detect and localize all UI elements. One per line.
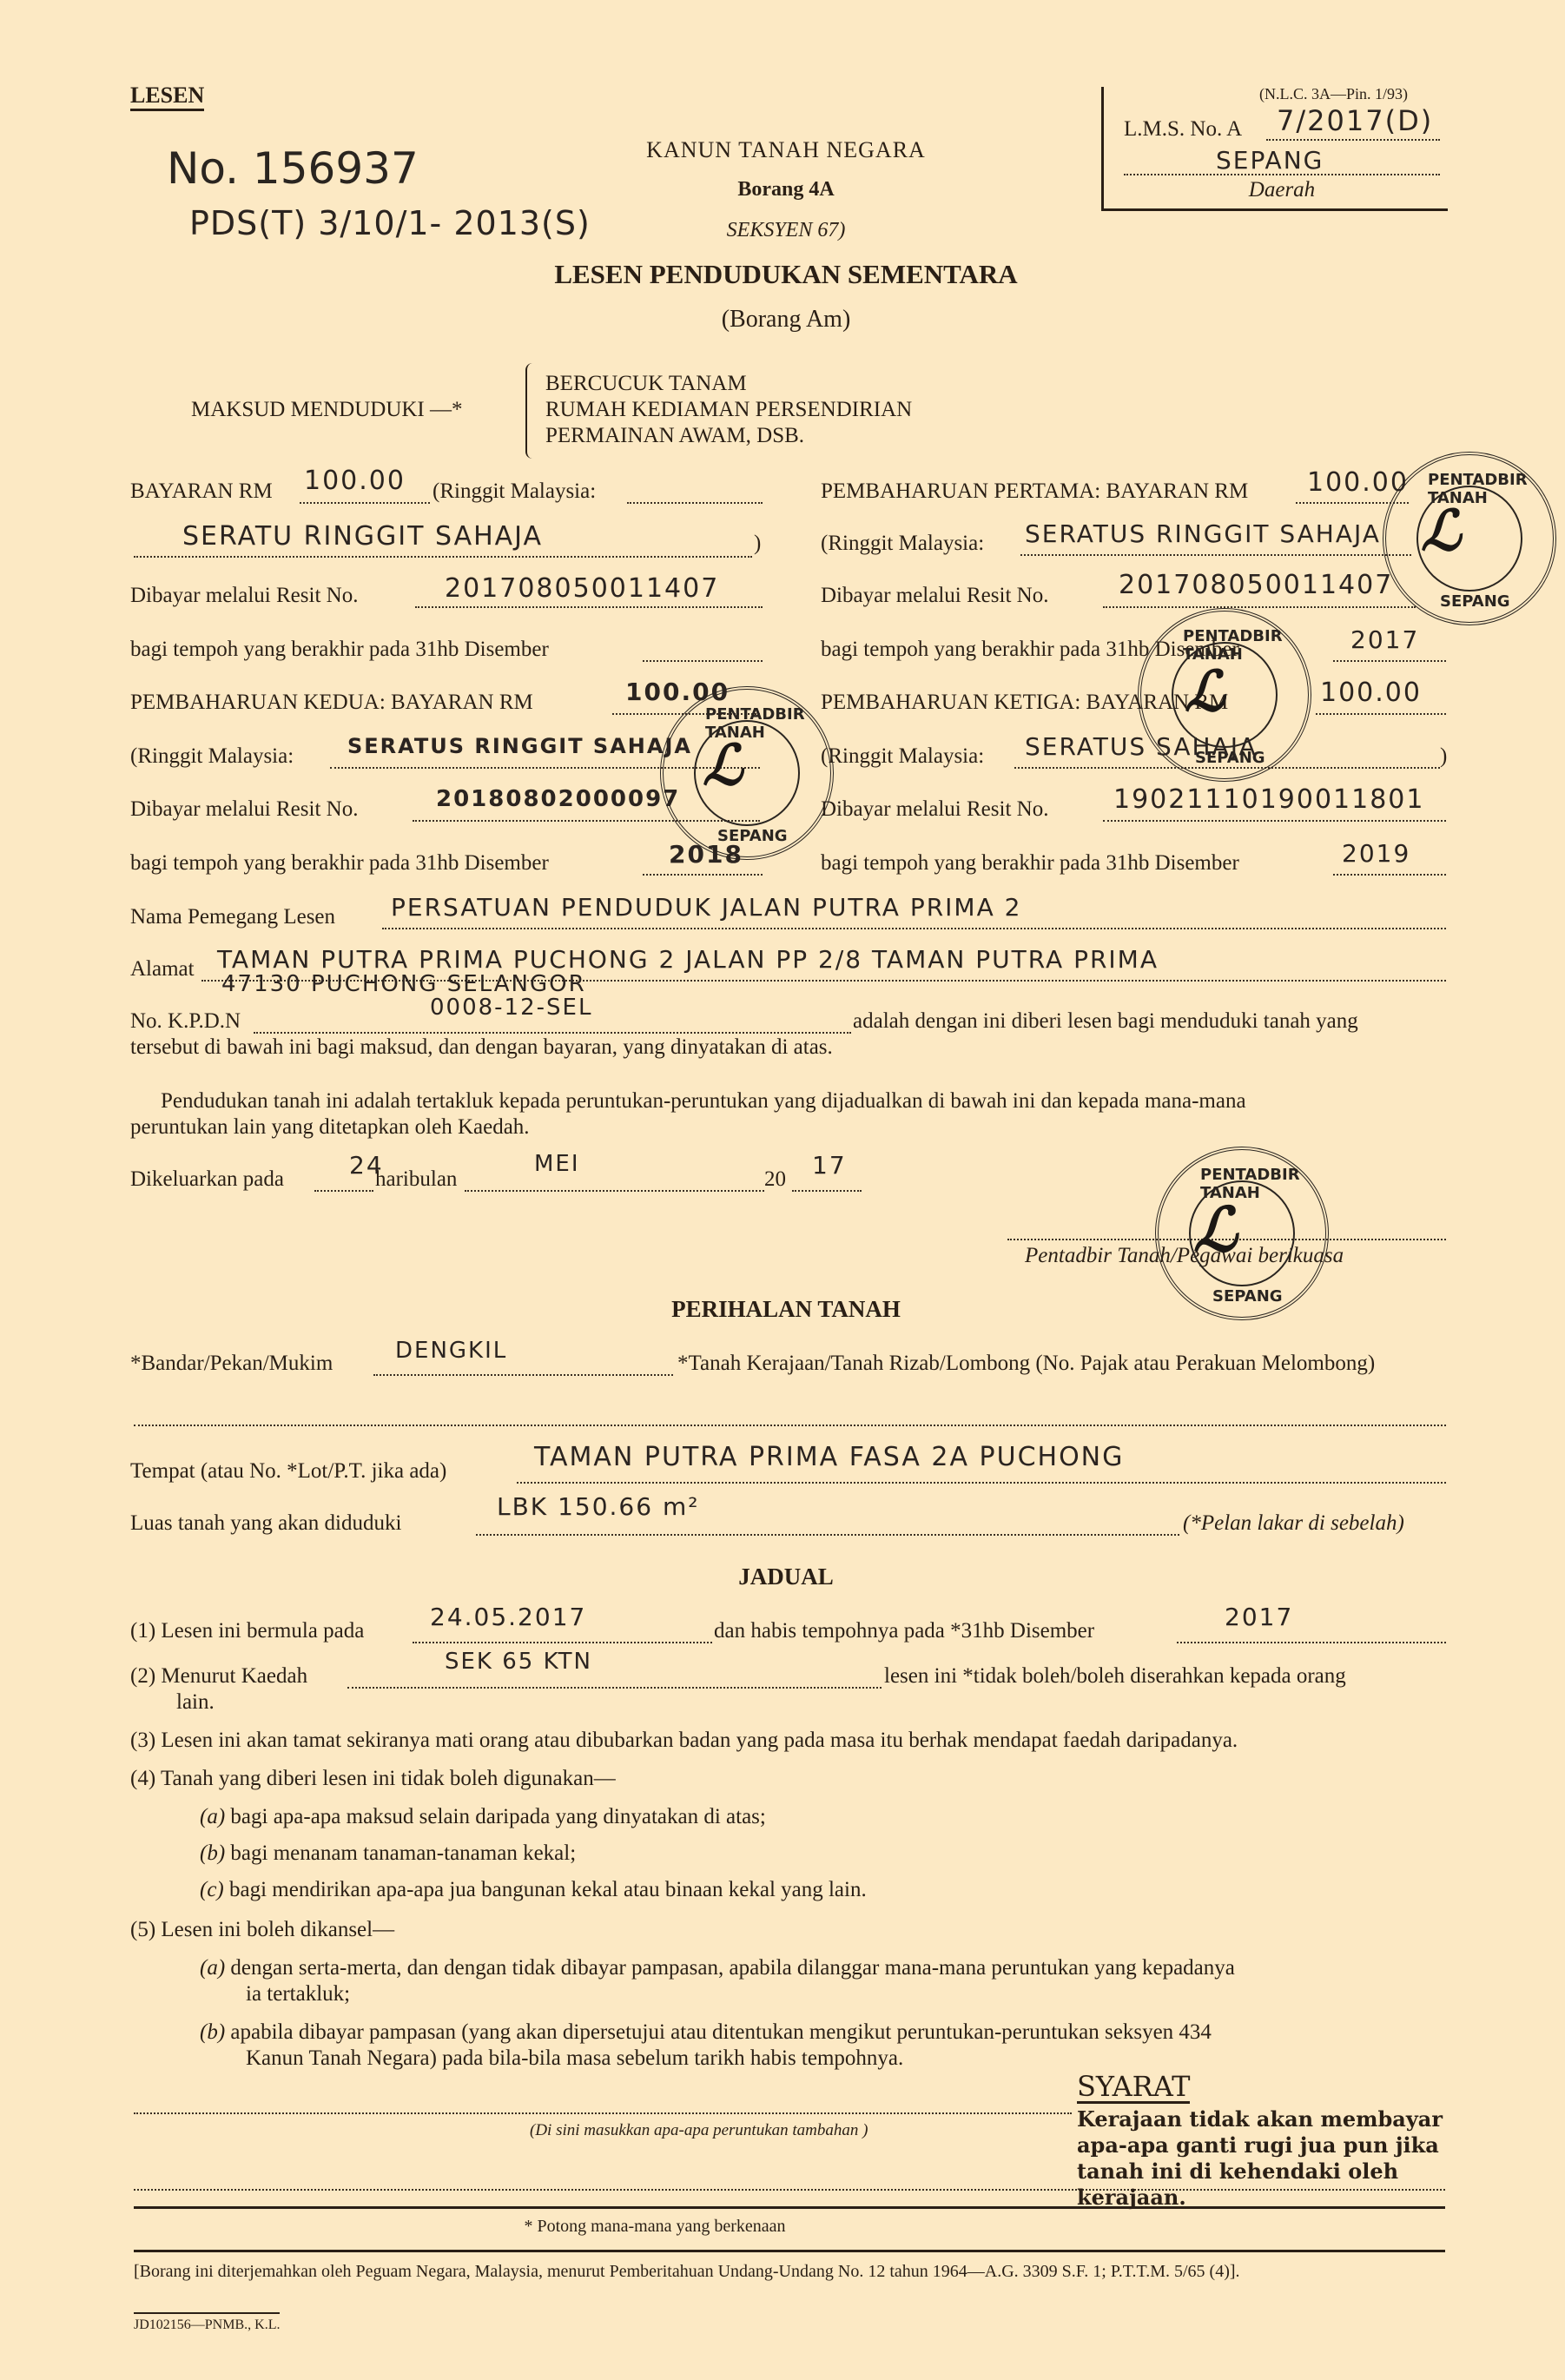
official-stamp-1: PENTADBIR TANAH SEPANG ℒ bbox=[1383, 452, 1556, 625]
grant-text-2: tersebut di bawah ini bagi maksud, dan d… bbox=[130, 1035, 833, 1060]
license-number: No. 156937 bbox=[167, 143, 419, 194]
syarat-text: Kerajaan tidak akan membayar apa-apa gan… bbox=[1077, 2106, 1468, 2211]
signature-icon: ℒ bbox=[1185, 659, 1225, 724]
district-value: SEPANG bbox=[1216, 146, 1324, 175]
form-code: (N.L.C. 3A—Pin. 1/93) bbox=[1259, 85, 1408, 103]
schedule-item5-a: (a) dengan serta-merta, dan dengan tidak… bbox=[200, 1956, 1235, 1980]
form-number: Borang 4A bbox=[608, 178, 964, 202]
initial-receipt-label: Dibayar melalui Resit No. bbox=[130, 584, 358, 608]
lms-label: L.M.S. No. A bbox=[1124, 117, 1242, 142]
official-stamp-3: PENTADBIR TANAH SEPANG ℒ bbox=[660, 686, 834, 860]
renewal3-receipt: 19021110190011801 bbox=[1113, 784, 1424, 815]
initial-words-label: (Ringgit Malaysia: bbox=[433, 479, 596, 504]
license-end-year: 2017 bbox=[1225, 1603, 1293, 1631]
renewal3-amount: 100.00 bbox=[1320, 678, 1422, 708]
section-ref: SEKSYEN 67) bbox=[608, 219, 964, 242]
official-stamp-4: PENTADBIR TANAH SEPANG ℒ bbox=[1155, 1147, 1329, 1320]
schedule-item2-c: lain. bbox=[176, 1690, 215, 1715]
address-line-2: 47130 PUCHONG SELANGOR bbox=[221, 971, 586, 997]
schedule-item5-b: (b) apabila dibayar pampasan (yang akan … bbox=[200, 2020, 1212, 2045]
lesen-label: LESEN bbox=[130, 83, 204, 111]
initial-receipt: 201708050011407 bbox=[445, 573, 719, 604]
schedule-item4-b: (b) bagi menanam tanaman-tanaman kekal; bbox=[200, 1841, 576, 1866]
schedule-item5-a-cont: ia tertakluk; bbox=[246, 1982, 350, 2006]
holder-name: PERSATUAN PENDUDUK JALAN PUTRA PRIMA 2 bbox=[391, 893, 1021, 922]
initial-words: SERATU RINGGIT SAHAJA bbox=[182, 521, 543, 552]
issued-year-prefix: 20 bbox=[764, 1167, 786, 1192]
signature-icon: ℒ bbox=[1421, 499, 1461, 564]
schedule-item4: (4) Tanah yang diberi lesen ini tidak bo… bbox=[130, 1767, 616, 1791]
address-line-1: TAMAN PUTRA PRIMA PUCHONG 2 JALAN PP 2/8… bbox=[217, 945, 1159, 974]
place-value: TAMAN PUTRA PRIMA FASA 2A PUCHONG bbox=[534, 1442, 1124, 1472]
schedule-item2-a: (2) Menurut Kaedah bbox=[130, 1664, 307, 1689]
purpose-label: MAKSUD MENDUDUKI —* bbox=[191, 398, 463, 422]
rule-reference: SEK 65 KTN bbox=[445, 1649, 592, 1675]
mukim-value: DENGKIL bbox=[395, 1338, 507, 1364]
renewal1-receipt: 201708050011407 bbox=[1119, 570, 1393, 600]
schedule-item4-c: (c) bagi mendirikan apa-apa jua bangunan… bbox=[200, 1878, 867, 1902]
renewal2-receipt: 20180802000097 bbox=[436, 786, 680, 812]
area-label: Luas tanah yang akan diduduki bbox=[130, 1511, 401, 1536]
address-label: Alamat bbox=[130, 957, 195, 982]
renewal1-period: 2017 bbox=[1350, 625, 1419, 654]
land-type-label: *Tanah Kerajaan/Tanah Rizab/Lombong (No.… bbox=[677, 1352, 1375, 1376]
area-note: (*Pelan lakar di sebelah) bbox=[1183, 1511, 1404, 1536]
renewal3-words-label: (Ringgit Malaysia: bbox=[821, 744, 984, 769]
initial-amount-label: BAYARAN RM bbox=[130, 479, 273, 504]
lms-value: 7/2017(D) bbox=[1277, 104, 1433, 137]
place-label: Tempat (atau No. *Lot/P.T. jika ada) bbox=[130, 1459, 446, 1484]
renewal2-words: SERATUS RINGGIT SAHAJA bbox=[347, 734, 692, 758]
renewal2-receipt-label: Dibayar melalui Resit No. bbox=[130, 797, 358, 822]
strike-note: * Potong mana-mana yang berkenaan bbox=[134, 2217, 1176, 2237]
renewal3-period-label: bagi tempoh yang berakhir pada 31hb Dise… bbox=[821, 851, 1239, 876]
issued-year: 17 bbox=[812, 1151, 847, 1180]
mukim-label: *Bandar/Pekan/Mukim bbox=[130, 1352, 333, 1376]
signature-icon: ℒ bbox=[1193, 1193, 1237, 1266]
purpose-brace bbox=[525, 363, 538, 459]
renewal3-receipt-label: Dibayar melalui Resit No. bbox=[821, 797, 1048, 822]
kpdn-label: No. K.P.D.N bbox=[130, 1009, 241, 1034]
printer-code: JD102156—PNMB., K.L. bbox=[134, 2312, 280, 2333]
conditions-intro-1: Pendudukan tanah ini adalah tertakluk ke… bbox=[161, 1089, 1246, 1114]
schedule-item5: (5) Lesen ini boleh dikansel— bbox=[130, 1918, 394, 1942]
purpose-option-3: PERMAINAN AWAM, DSB. bbox=[545, 424, 804, 448]
syarat-heading: SYARAT bbox=[1077, 2072, 1190, 2104]
district-label: Daerah bbox=[1124, 178, 1440, 202]
holder-name-label: Nama Pemegang Lesen bbox=[130, 905, 335, 929]
conditions-intro-2: peruntukan lain yang ditetapkan oleh Kae… bbox=[130, 1115, 530, 1140]
renewal2-words-label: (Ringgit Malaysia: bbox=[130, 744, 294, 769]
issued-month: MEI bbox=[534, 1151, 580, 1177]
page-subtitle: (Borang Am) bbox=[434, 306, 1138, 334]
kpdn-value: 0008-12-SEL bbox=[430, 995, 592, 1021]
renewal2-amount-label: PEMBAHARUAN KEDUA: BAYARAN RM bbox=[130, 691, 533, 715]
grant-text-1: adalah dengan ini diberi lesen bagi mend… bbox=[853, 1009, 1358, 1034]
purpose-option-2: RUMAH KEDIAMAN PERSENDIRIAN bbox=[545, 398, 912, 422]
area-value: LBK 150.66 m² bbox=[497, 1492, 699, 1521]
renewal1-amount-label: PEMBAHARUAN PERTAMA: BAYARAN RM bbox=[821, 479, 1248, 504]
additional-hint: (Di sini masukkan apa-apa peruntukan tam… bbox=[530, 2121, 868, 2140]
official-stamp-2: PENTADBIR TANAH SEPANG ℒ bbox=[1138, 608, 1311, 782]
reference-number: PDS(T) 3/10/1- 2013(S) bbox=[189, 204, 591, 242]
schedule-item3: (3) Lesen ini akan tamat sekiranya mati … bbox=[130, 1729, 1238, 1753]
act-title: KANUN TANAH NEGARA bbox=[608, 137, 964, 163]
renewal2-period-label: bagi tempoh yang berakhir pada 31hb Dise… bbox=[130, 851, 549, 876]
issued-month-label: haribulan bbox=[375, 1167, 457, 1192]
schedule-item1-b: dan habis tempohnya pada *31hb Disember bbox=[714, 1619, 1094, 1643]
schedule-item4-a: (a) bagi apa-apa maksud selain daripada … bbox=[200, 1805, 766, 1829]
translation-note: [Borang ini diterjemahkan oleh Peguam Ne… bbox=[134, 2262, 1240, 2282]
renewal3-period: 2019 bbox=[1342, 839, 1410, 868]
schedule-item2-b: lesen ini *tidak boleh/boleh diserahkan … bbox=[884, 1664, 1346, 1689]
schedule-item1-a: (1) Lesen ini bermula pada bbox=[130, 1619, 364, 1643]
page-title: LESEN PENDUDUKAN SEMENTARA bbox=[434, 259, 1138, 290]
purpose-option-1: BERCUCUK TANAM bbox=[545, 372, 747, 396]
renewal1-words-label: (Ringgit Malaysia: bbox=[821, 532, 984, 556]
land-heading: PERIHALAN TANAH bbox=[434, 1296, 1138, 1323]
schedule-item5-b-cont: Kanun Tanah Negara) pada bila-bila masa … bbox=[246, 2046, 903, 2071]
schedule-heading: JADUAL bbox=[434, 1564, 1138, 1590]
license-start-date: 24.05.2017 bbox=[430, 1603, 586, 1631]
renewal1-words: SERATUS RINGGIT SAHAJA bbox=[1025, 519, 1381, 548]
issued-label: Dikeluarkan pada bbox=[130, 1167, 284, 1192]
renewal1-amount: 100.00 bbox=[1307, 467, 1409, 498]
initial-period-label: bagi tempoh yang berakhir pada 31hb Dise… bbox=[130, 638, 549, 662]
initial-amount: 100.00 bbox=[304, 466, 406, 496]
renewal1-receipt-label: Dibayar melalui Resit No. bbox=[821, 584, 1048, 608]
signature-icon: ℒ bbox=[703, 733, 743, 798]
